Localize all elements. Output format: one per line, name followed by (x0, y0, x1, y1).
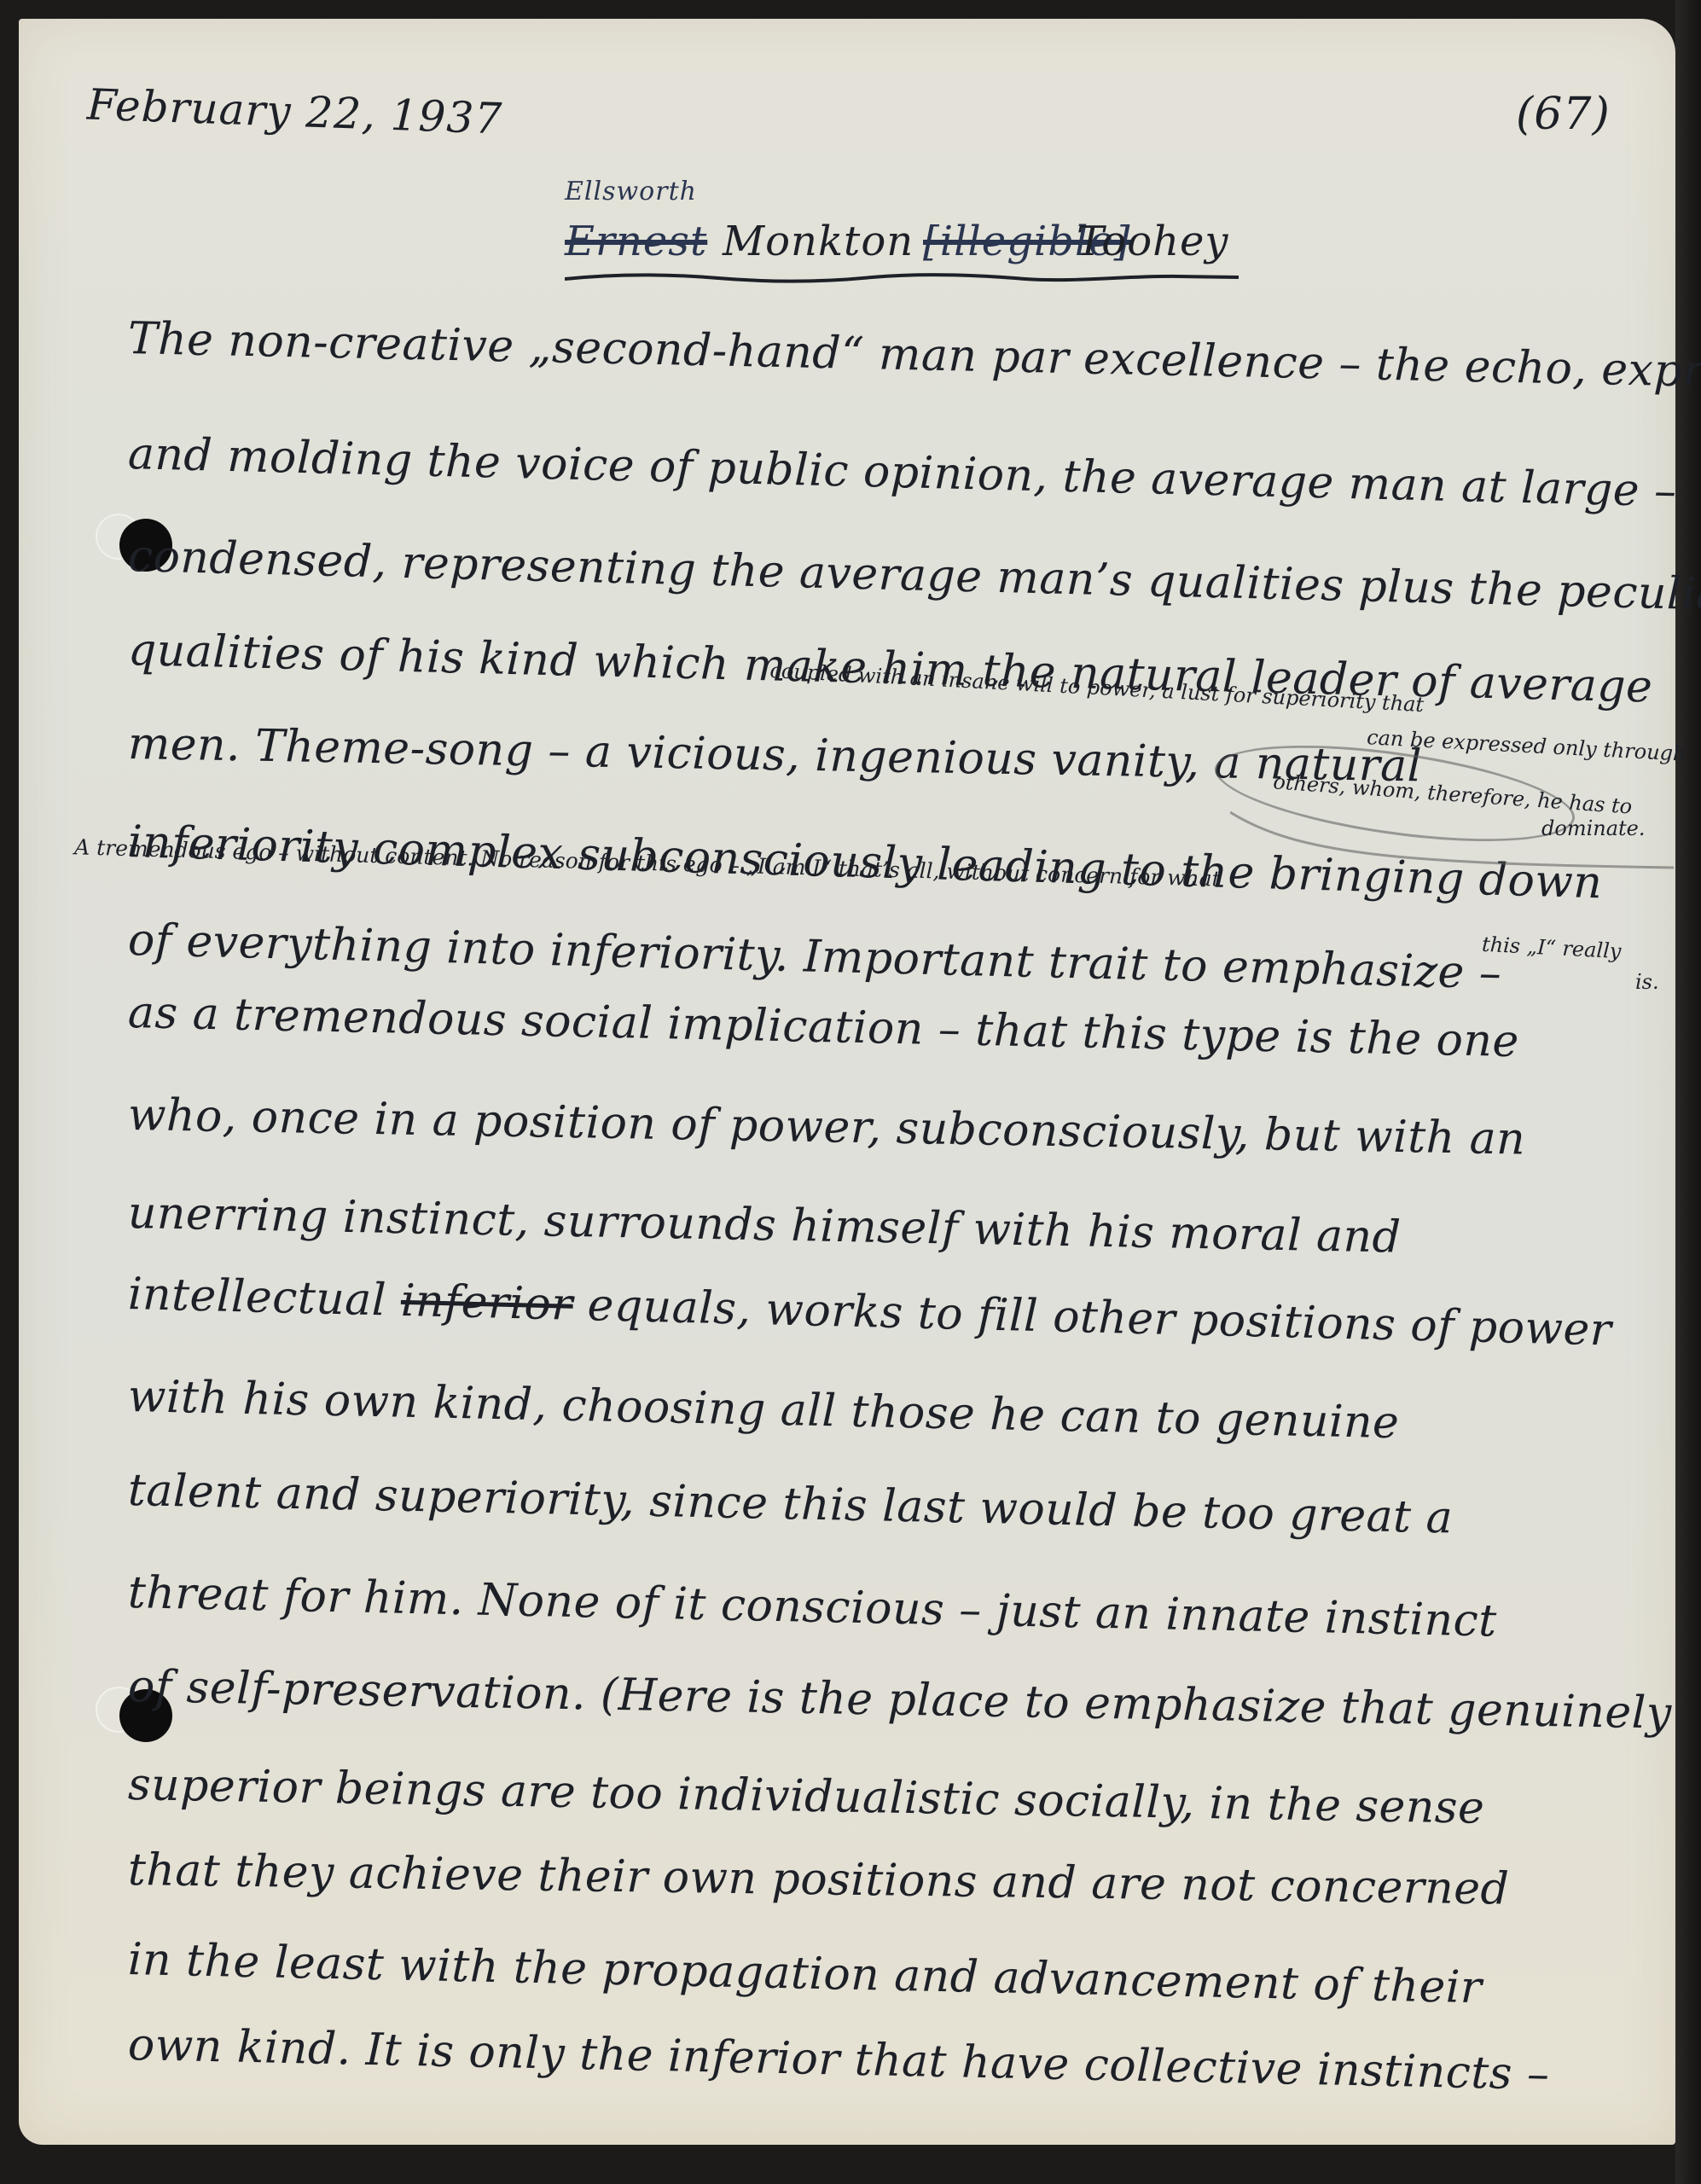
date-heading: February 22, 1937 (86, 80, 503, 144)
scan-frame-edge (1675, 0, 1701, 2184)
body-line-15: of self-preservation. (Here is the place… (127, 1661, 1672, 1740)
body-line-3: condensed, representing the average man’… (127, 531, 1701, 621)
body-line-17: that they achieve their own positions an… (128, 1844, 1510, 1915)
body-line-16: superior beings are too individualistic … (127, 1759, 1484, 1834)
character-title: Ellsworth Ernest Monkton [illegible] Too… (565, 177, 1247, 288)
page-number: (67) (1516, 89, 1611, 140)
wavy-underline (565, 272, 1247, 284)
line-11-text: intellectual (127, 1269, 401, 1327)
body-line-7: of everything into inferiority. Importan… (127, 915, 1502, 999)
title-middle-name: Monkton (723, 218, 914, 265)
body-line-11: intellectual inferior equals, works to f… (127, 1269, 1612, 1356)
body-line-13: talent and superiority, since this last … (127, 1465, 1453, 1544)
body-line-10: unerring instinct, surrounds himself wit… (127, 1188, 1401, 1263)
title-insertion: Ellsworth (565, 177, 697, 206)
body-line-1: The non-creative „second-hand“ man par e… (127, 313, 1701, 400)
body-line-18: in the least with the propagation and ad… (127, 1934, 1482, 2013)
manuscript-page: February 22, 1937 (67) Ellsworth Ernest … (19, 19, 1675, 2145)
pencil-connector-line (1230, 804, 1674, 872)
insertion-this-i-really: this „I“ really (1481, 932, 1622, 964)
insertion-is: is. (1635, 970, 1659, 994)
title-last-name: Toohey (1077, 218, 1229, 265)
line-11-text-rest: equals, works to fill other positions of… (572, 1280, 1612, 1356)
struck-word-inferior: inferior (400, 1275, 573, 1331)
body-line-14: threat for him. None of it conscious – j… (127, 1567, 1497, 1647)
title-struck-first-name: Ernest (565, 218, 707, 265)
body-line-12: with his own kind, choosing all those he… (127, 1371, 1400, 1449)
body-line-2: and molding the voice of public opinion,… (127, 428, 1677, 517)
body-line-19: own kind. It is only the inferior that h… (127, 2019, 1550, 2100)
body-line-8: as a tremendous social implication – tha… (127, 987, 1519, 1067)
body-line-9: who, once in a position of power, subcon… (127, 1089, 1525, 1165)
